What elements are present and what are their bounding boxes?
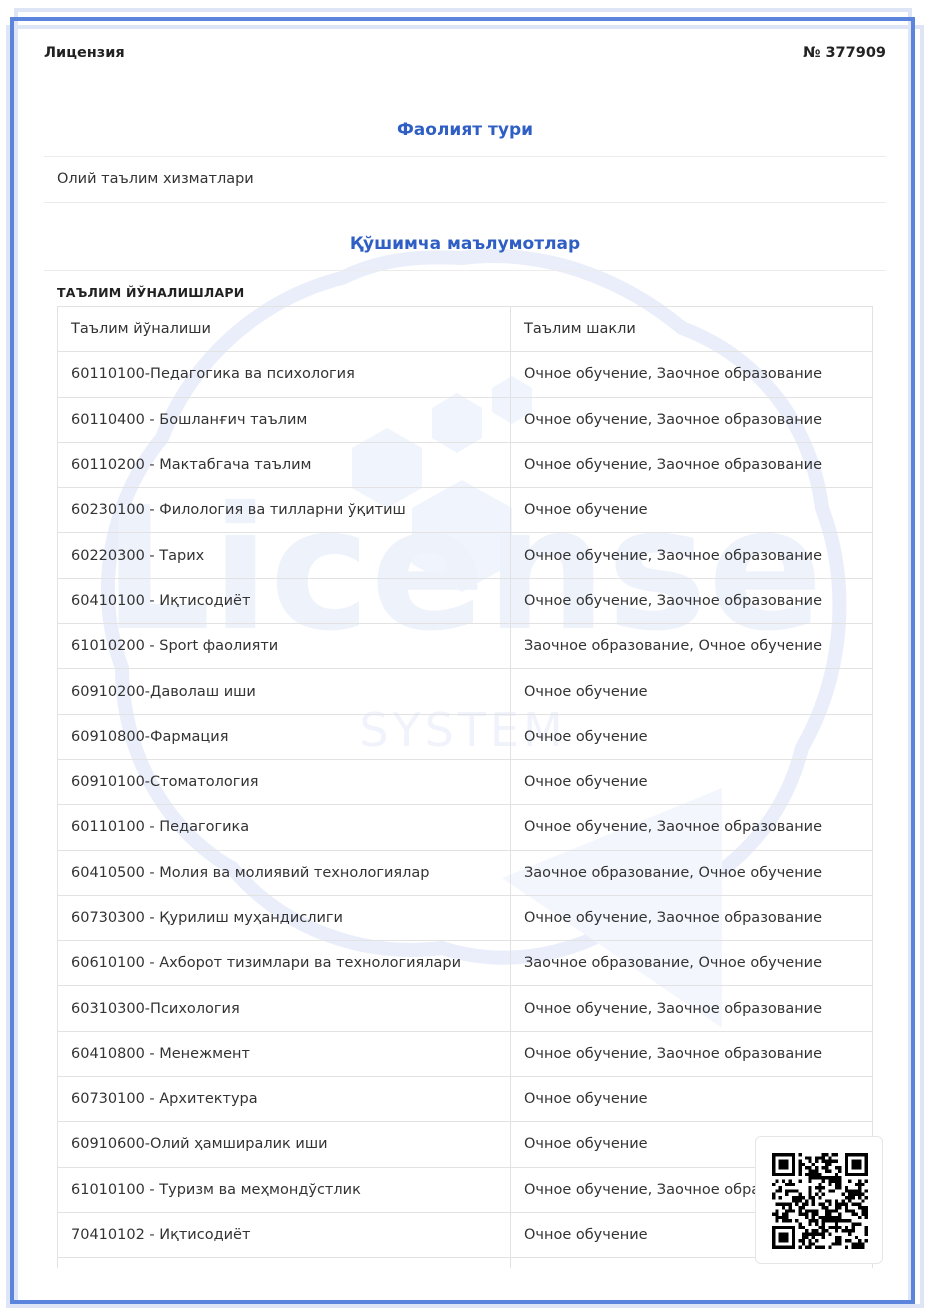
table-row: 60730100 - АрхитектураОчное обучение [58,1077,873,1122]
education-directions-table: Таълим йўналиши Таълим шакли 60110100-Пе… [57,306,873,1268]
table-header-row: Таълим йўналиши Таълим шакли [58,307,873,352]
qr-code-icon [772,1153,868,1249]
form-cell: Очное обучение, Заочное образование [511,442,873,487]
form-cell: Очное обучение, Заочное образование [511,352,873,397]
direction-cell: 60730100 - Архитектура [58,1077,511,1122]
additional-section-title: Қўшимча маълумотлар [44,234,886,254]
direction-cell: 60310300-Психология [58,986,511,1031]
table-row: 60230100 - Филология ва тилларни ўқитишО… [58,488,873,533]
license-page: License SYSTEM Лицензия № 377909 Фаолият… [22,28,904,1268]
license-number: № 377909 [803,45,886,61]
form-cell: Очное обучение [511,759,873,804]
form-cell: Очное обучение [511,669,873,714]
table-row: 60110400 - Бошланғич таълимОчное обучени… [58,397,873,442]
direction-cell: 60910800-Фармация [58,714,511,759]
form-cell: Очное обучение [511,1077,873,1122]
table-row: 60910800-ФармацияОчное обучение [58,714,873,759]
column-header-direction: Таълим йўналиши [58,307,511,352]
form-cell: Очное обучение, Заочное образование [511,986,873,1031]
direction-cell: 70410102 - Иқтисодиёт [58,1212,511,1257]
direction-cell: 60230100 - Филология ва тилларни ўқитиш [58,488,511,533]
table-row: 60730300 - Қурилиш муҳандислигиОчное обу… [58,895,873,940]
table-row: 60410500 - Молия ва молиявий технологиял… [58,850,873,895]
form-cell: Очное обучение [511,488,873,533]
document-title: Лицензия [44,45,125,61]
activity-value: Олий таълим хизматлари [57,171,254,187]
form-cell: Заочное образование, Очное обучение [511,941,873,986]
table-row: 60110200 - Мактабгача таълимОчное обучен… [58,442,873,487]
form-cell: Заочное образование, Очное обучение [511,850,873,895]
table-row: 60910100-СтоматологияОчное обучение [58,759,873,804]
form-cell: Очное обучение, Заочное образование [511,533,873,578]
table-row: 61010100 - Туризм ва меҳмондўстликОчное … [58,1167,873,1212]
table-row: 60110100 - ПедагогикаОчное обучение, Зао… [58,805,873,850]
direction-cell: 60730300 - Қурилиш муҳандислиги [58,895,511,940]
direction-cell: 60410100 - Иқтисодиёт [58,578,511,623]
direction-cell: 60910600-Олий ҳамширалик иши [58,1122,511,1167]
column-header-form: Таълим шакли [511,307,873,352]
table-row: 61010200 - Sport фаолиятиЗаочное образов… [58,624,873,669]
form-cell: Очное обучение, Заочное образование [511,578,873,623]
direction-cell [58,1258,511,1268]
table-row: 60310300-ПсихологияОчное обучение, Заочн… [58,986,873,1031]
table-row: 60910600-Олий ҳамширалик ишиОчное обучен… [58,1122,873,1167]
qr-code[interactable] [755,1136,883,1264]
divider [44,270,886,271]
direction-cell: 60110100 - Педагогика [58,805,511,850]
form-cell: Очное обучение, Заочное образование [511,1031,873,1076]
table-row: 60610100 - Ахборот тизимлари ва технолог… [58,941,873,986]
table-row: 60110100-Педагогика ва психологияОчное о… [58,352,873,397]
direction-cell: 60110200 - Мактабгача таълим [58,442,511,487]
form-cell: Очное обучение, Заочное образование [511,805,873,850]
table-row: 70410102 - ИқтисодиётОчное обучение [58,1212,873,1257]
direction-cell: 60110400 - Бошланғич таълим [58,397,511,442]
direction-cell: 60610100 - Ахборот тизимлари ва технолог… [58,941,511,986]
form-cell: Заочное образование, Очное обучение [511,624,873,669]
direction-cell: 60410500 - Молия ва молиявий технологиял… [58,850,511,895]
direction-cell: 60410800 - Менежмент [58,1031,511,1076]
direction-cell: 60910200-Даволаш иши [58,669,511,714]
table-row: 60410800 - МенежментОчное обучение, Заоч… [58,1031,873,1076]
directions-subtitle: ТАЪЛИМ ЙЎНАЛИШЛАРИ [57,285,244,300]
direction-cell: 61010100 - Туризм ва меҳмондўстлик [58,1167,511,1212]
direction-cell: 60220300 - Тарих [58,533,511,578]
direction-cell: 60110100-Педагогика ва психология [58,352,511,397]
table-row: 60220300 - ТарихОчное обучение, Заочное … [58,533,873,578]
table-row: 60910200-Даволаш ишиОчное обучение [58,669,873,714]
direction-cell: 61010200 - Sport фаолияти [58,624,511,669]
table-row [58,1258,873,1268]
divider [44,156,886,157]
direction-cell: 60910100-Стоматология [58,759,511,804]
form-cell: Очное обучение, Заочное образование [511,397,873,442]
activity-section-title: Фаолият тури [44,120,886,140]
form-cell: Очное обучение [511,714,873,759]
divider [44,202,886,203]
form-cell: Очное обучение, Заочное образование [511,895,873,940]
table-row: 60410100 - ИқтисодиётОчное обучение, Зао… [58,578,873,623]
